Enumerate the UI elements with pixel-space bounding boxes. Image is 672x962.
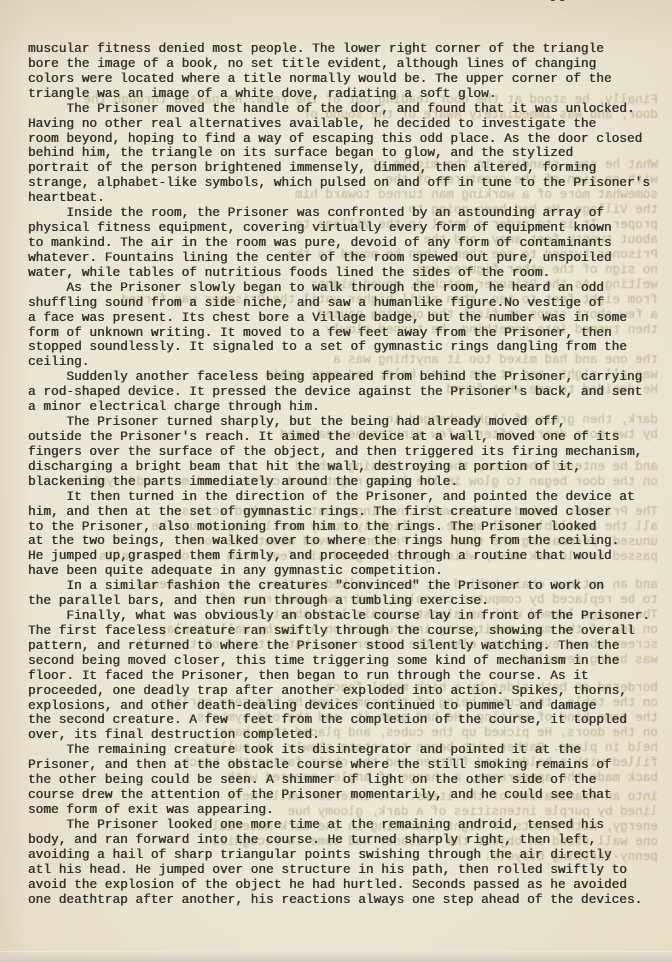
text-line: course drew the attention of the Prisone…: [28, 788, 664, 803]
text-line: The remaining creature took its disinteg…: [28, 743, 664, 758]
text-line: to mankind. The air in the room was pure…: [28, 236, 664, 251]
text-line: It then turned in the direction of the P…: [28, 490, 664, 505]
text-line: second being moved closer, this time tri…: [28, 654, 664, 669]
text-line: Having no other real alternatives availa…: [28, 117, 664, 132]
text-line: floor. It faced the Prisoner, then began…: [28, 669, 664, 684]
text-line: to the Prisoner, also motioning from him…: [28, 520, 664, 535]
text-line: The Prisoner looked one more time at the…: [28, 818, 664, 833]
text-line: bore the image of a book, no set title e…: [28, 57, 664, 72]
text-line: fingers over the surface of the object, …: [28, 445, 664, 460]
text-line: Suddenly another faceless being appeared…: [28, 370, 664, 385]
text-line: avoid the explosion of the object he had…: [28, 878, 664, 893]
text-line: form of unknown writing. It moved to a f…: [28, 326, 664, 341]
scanned-document-page: Finally, he stood at the door leading ou…: [0, 0, 672, 962]
text-line: avoiding a hail of sharp triangular poin…: [28, 848, 664, 863]
text-line: The Prisoner moved the handle of the doo…: [28, 102, 664, 117]
text-line: water, while tables of nutritious foods …: [28, 266, 664, 281]
text-line: a face was present. Its chest bore a Vil…: [28, 311, 664, 326]
text-line: shuffling sound from a side niche, and s…: [28, 296, 664, 311]
text-line: a rod-shaped device. It pressed the devi…: [28, 385, 664, 400]
text-line: physical fitness equipment, covering vir…: [28, 221, 664, 236]
typewritten-text-body: muscular fitness denied most people. The…: [28, 42, 664, 907]
text-line: a minor electrical charge through him.: [28, 400, 664, 415]
text-line: the second creature. A few feet from the…: [28, 713, 664, 728]
text-line: Inside the room, the Prisoner was confro…: [28, 206, 664, 221]
text-line: atl his head. He jumped over one structu…: [28, 863, 664, 878]
text-line: pattern, and returned to where the Priso…: [28, 639, 664, 654]
text-line: explosions, and other death-dealing devi…: [28, 699, 664, 714]
text-line: one deathtrap after another, his reactio…: [28, 893, 664, 908]
text-line: the other being could be seen. A shimmer…: [28, 773, 664, 788]
text-line: him, and then at the set of gymnastic ri…: [28, 505, 664, 520]
text-line: discharging a bright beam that hit the w…: [28, 460, 664, 475]
text-line: some form of exit was appearing.: [28, 803, 664, 818]
text-line: at the two beings, then walked over to w…: [28, 534, 664, 549]
text-line: Finally, what was obviously an obstacle …: [28, 609, 664, 624]
text-line: He jumped up,grasped them firmly, and pr…: [28, 549, 664, 564]
text-line: have been quite adequate in any gymnasti…: [28, 564, 664, 579]
text-line: muscular fitness denied most people. The…: [28, 42, 664, 57]
page-number: 99: [549, 0, 568, 6]
text-line: blackening the parts immediately around …: [28, 475, 664, 490]
text-line: Prisoner, and then at the obstacle cours…: [28, 758, 664, 773]
scan-bottom-edge: [0, 951, 672, 962]
text-line: proceeded, one deadly trap after another…: [28, 684, 664, 699]
text-line: strange, alphabet-like symbols, which pu…: [28, 176, 664, 191]
text-line: portrait of the person brightened immens…: [28, 161, 664, 176]
text-line: whatever. Fountains lining the center of…: [28, 251, 664, 266]
text-line: room beyond, hoping to find a way of esc…: [28, 132, 664, 147]
text-line: triangle was an image of a white dove, r…: [28, 87, 664, 102]
text-line: As the Prisoner slowly began to walk thr…: [28, 281, 664, 296]
text-line: behind him, the triangle on its surface …: [28, 146, 664, 161]
text-line: stopped soundlessly. It signaled to a se…: [28, 340, 664, 355]
text-line: The Prisoner turned sharply, but the bei…: [28, 415, 664, 430]
text-line: colors were located where a title normal…: [28, 72, 664, 87]
text-line: over, its final destruction completed.: [28, 728, 664, 743]
text-line: In a similar fashion the creatures "conv…: [28, 579, 664, 594]
text-line: outside the Prisoner's reach. It aimed t…: [28, 430, 664, 445]
text-line: The first faceless creature ran swiftly …: [28, 624, 664, 639]
text-line: the parallel bars, and then run through …: [28, 594, 664, 609]
text-line: body, and ran forward into the course. H…: [28, 833, 664, 848]
text-line: heartbeat.: [28, 191, 664, 206]
text-line: ceiling.: [28, 355, 664, 370]
